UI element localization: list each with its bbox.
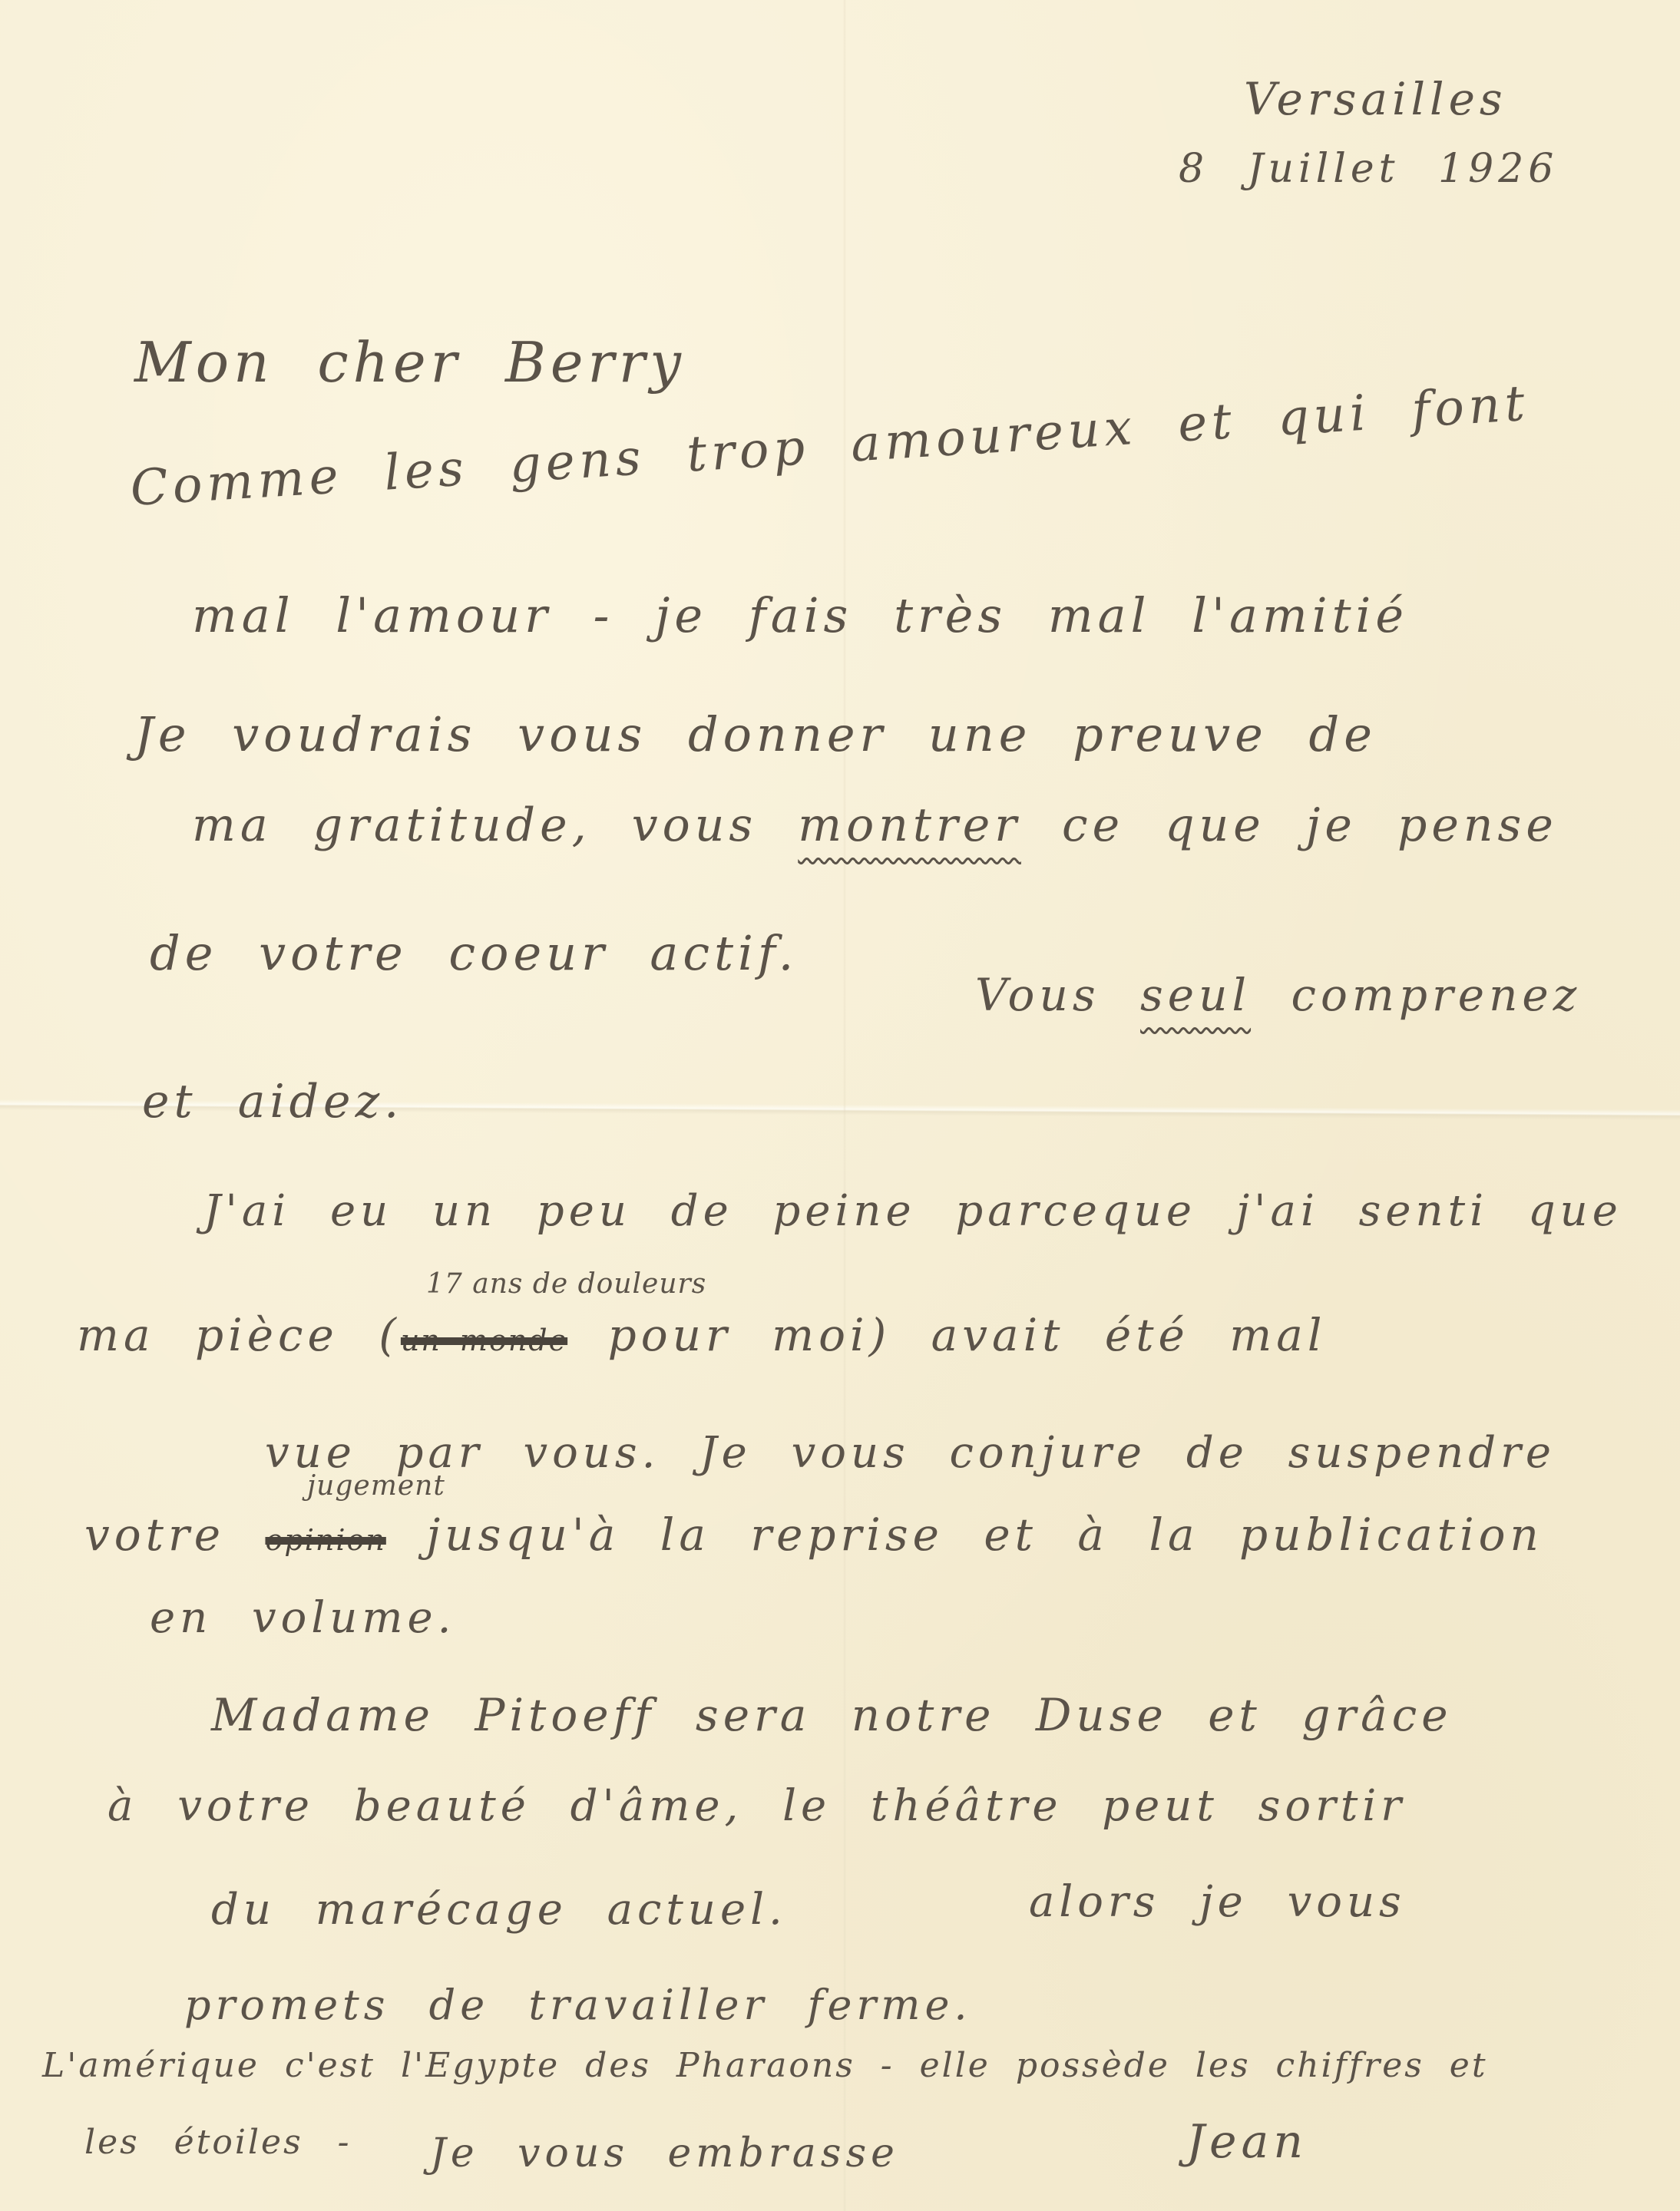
text-fragment: comprenez (1291, 969, 1581, 1021)
body-line: mal l'amour - je fais très mal l'amitié (192, 587, 1408, 643)
body-line: votre opinion jusqu'à la reprise et à la… (84, 1509, 1543, 1561)
body-line: ma gratitude, vous montrer ce que je pen… (192, 798, 1558, 852)
body-line: J'ai eu un peu de peine parceque j'ai se… (203, 1186, 1622, 1236)
place-line: Versailles (1244, 73, 1507, 125)
body-line: en volume. (150, 1593, 455, 1643)
text-fragment: ce que je pense (1062, 798, 1558, 852)
body-line: du marécage actuel. (211, 1885, 787, 1935)
body-line: Vous seul comprenez (975, 969, 1581, 1021)
text-fragment: ma pièce ( (77, 1309, 401, 1361)
inserted-correction: jugement (307, 1470, 445, 1502)
date-line: 8 Juillet 1926 (1179, 146, 1558, 192)
struck-out-word: opinion (265, 1523, 385, 1557)
closing: Je vous embrasse (430, 2130, 899, 2176)
text-fragment: Vous (975, 969, 1100, 1021)
text-fragment: votre (84, 1509, 225, 1561)
body-line: les étoiles - (84, 2123, 352, 2162)
struck-out-word: un monde (401, 1324, 567, 1357)
text-fragment: ma gratitude, vous (192, 798, 757, 852)
body-line: de votre coeur actif. (150, 925, 798, 981)
body-line: promets de travailler ferme. (184, 1981, 972, 2029)
body-line: L'amérique c'est l'Egypte des Pharaons -… (42, 2046, 1488, 2085)
body-line: Je voudrais vous donner une preuve de (134, 706, 1377, 762)
underlined-word: seul (1140, 969, 1251, 1021)
body-line: alors je vous (1029, 1877, 1406, 1927)
salutation: Mon cher Berry (134, 330, 686, 395)
underlined-word: montrer (798, 798, 1021, 852)
inserted-correction: 17 ans de douleurs (426, 1268, 706, 1300)
vertical-fold-crease (843, 0, 846, 2211)
body-line: vue par vous. Je vous conjure de suspend… (265, 1428, 1556, 1478)
text-fragment: jusqu'à la reprise et à la publication (426, 1509, 1543, 1561)
body-line: Madame Pitoeff sera notre Duse et grâce (211, 1689, 1453, 1741)
signature: Jean (1186, 2115, 1308, 2169)
text-fragment: pour moi) avait été mal (608, 1309, 1327, 1361)
body-line: et aidez. (142, 1075, 403, 1129)
body-line: ma pièce (un monde pour moi) avait été m… (77, 1309, 1326, 1361)
body-line: à votre beauté d'âme, le théâtre peut so… (107, 1781, 1406, 1831)
